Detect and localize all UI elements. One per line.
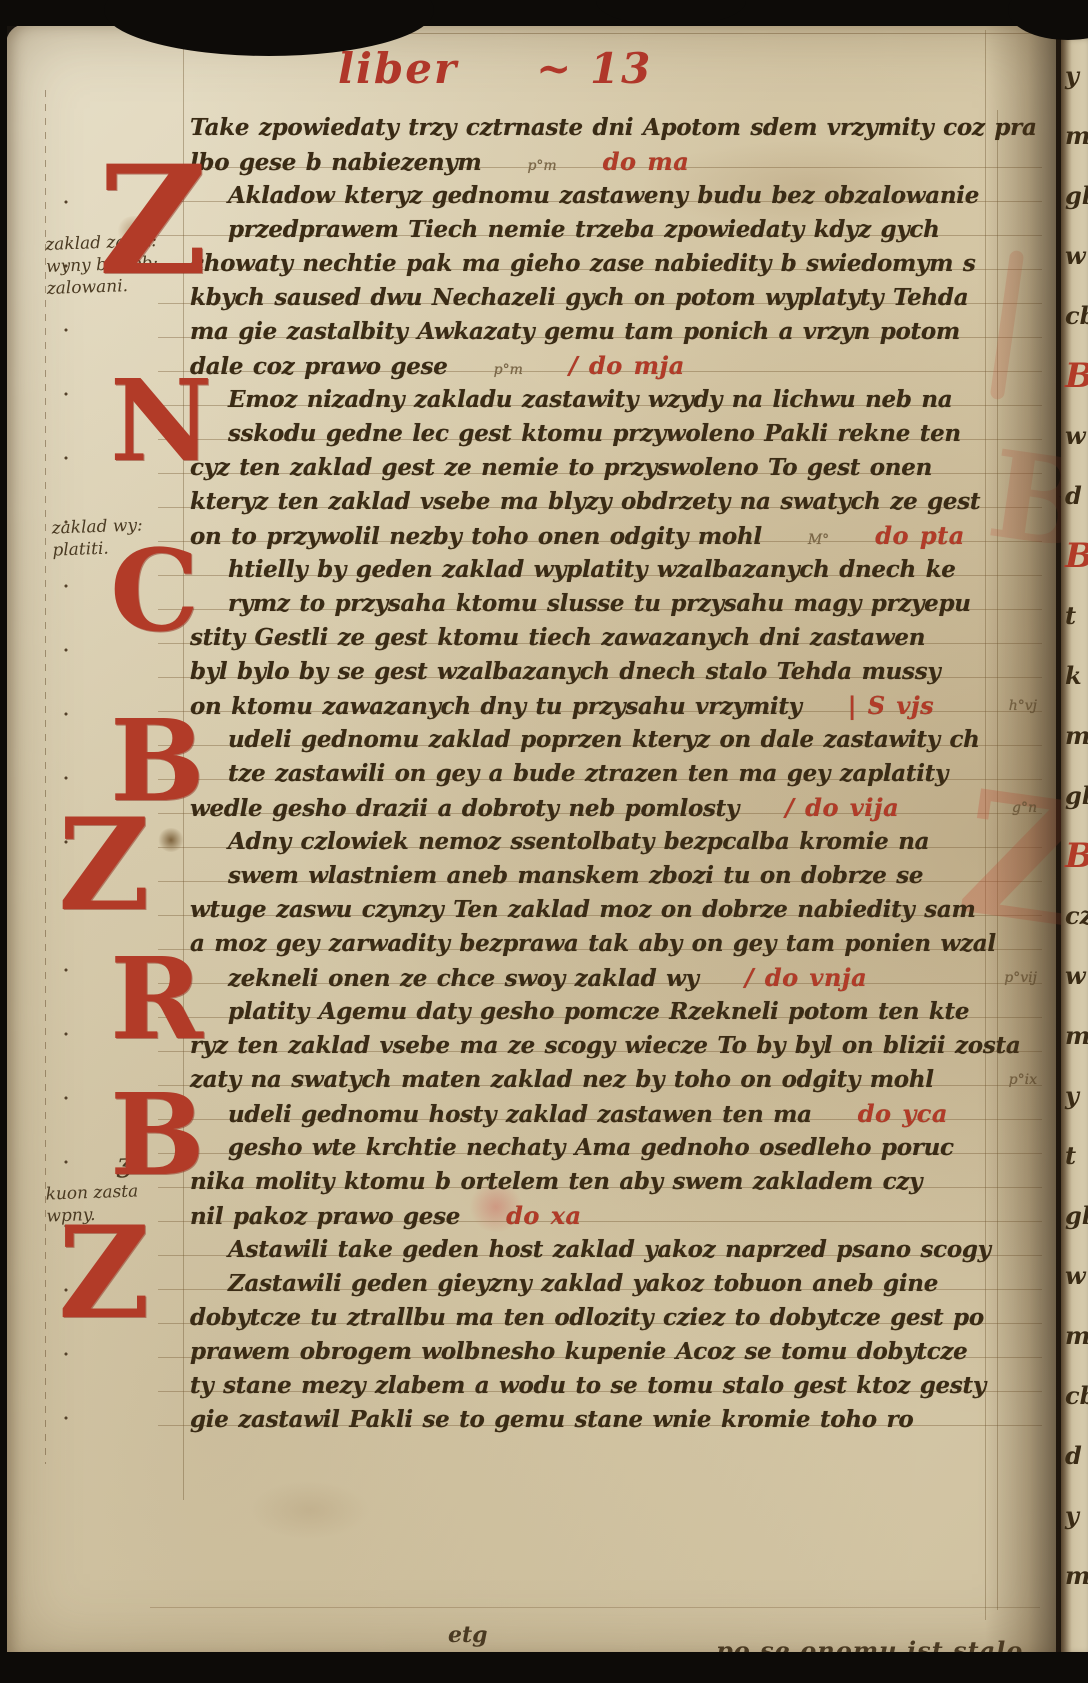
- text-segment: htielly by geden zaklad wyplatity wzalba…: [228, 556, 956, 583]
- margin-gloss: p°m: [494, 362, 523, 378]
- text-line: lbo gese b nabiezenymp°mdo ma: [190, 146, 985, 180]
- edge-text-fragment: w: [1065, 406, 1088, 466]
- rubric-reference: do yca: [858, 1099, 948, 1128]
- text-line: wtuge zaswu czynzy Ten zaklad moz on dob…: [190, 894, 985, 928]
- text-segment: sskodu gedne lec gest ktomu przywoleno P…: [228, 420, 961, 447]
- text-line: swem wlastniem aneb manskem zbozi tu on …: [190, 860, 985, 894]
- facing-page-sliver: ymglwcbBwdBtkmglBczwmytglwmcbdym: [1061, 36, 1088, 1656]
- text-segment: ty stane mezy zlabem a wodu to se tomu s…: [190, 1372, 986, 1399]
- text-segment: lbo gese b nabiezenym: [190, 149, 481, 176]
- edge-text-fragment: B: [1065, 526, 1088, 586]
- paragraph: ZAdny czlowiek nemoz ssentolbaty bezpcal…: [190, 826, 985, 962]
- text-segment: a moz gey zarwadity bezprawa tak aby on …: [190, 930, 996, 957]
- edge-text-fragment: t: [1065, 586, 1088, 646]
- edge-text-fragment: w: [1065, 226, 1088, 286]
- text-line: ma gie zastalbity Awkazaty gemu tam poni…: [190, 316, 985, 350]
- edge-text-fragment: cb: [1065, 1366, 1088, 1426]
- text-line: dale coz prawo gesep°m/ do mja: [190, 350, 985, 384]
- text-segment: wedle gesho drazii a dobroty neb pomlost…: [190, 795, 739, 822]
- edge-text-fragment: gl: [1065, 1186, 1088, 1246]
- facing-page-fragments: ymglwcbBwdBtkmglBczwmytglwmcbdym: [1065, 46, 1088, 1606]
- text-segment: nika molity ktomu b ortelem ten aby swem…: [190, 1168, 922, 1195]
- text-line: a moz gey zarwadity bezprawa tak aby on …: [190, 928, 985, 962]
- margin-gloss: p°m: [527, 158, 556, 174]
- text-line: tze zastawili on gey a bude ztrazen ten …: [190, 758, 985, 792]
- text-segment: prawem obrogem wolbnesho kupenie Acoz se…: [190, 1338, 968, 1365]
- text-line: Take zpowiedaty trzy cztrnaste dni Apoto…: [190, 112, 985, 146]
- edge-text-fragment: w: [1065, 1246, 1088, 1306]
- margin-ruling-left-outer: [45, 90, 46, 1464]
- text-segment: cyz ten zaklad gest ze nemie to przyswol…: [190, 454, 932, 481]
- text-segment: kbych saused dwu Nechazeli gych on potom…: [190, 284, 968, 311]
- edge-text-fragment: k: [1065, 646, 1088, 706]
- gutter-shadow: [985, 24, 1063, 1658]
- text-line: Astawili take geden host zaklad yakoz na…: [190, 1234, 985, 1268]
- manuscript-photo: Z B liber~ 13 zaklad zasta: wyny bez ob:…: [0, 0, 1088, 1683]
- text-segment: ma gie zastalbity Awkazaty gemu tam poni…: [190, 318, 960, 345]
- text-segment: przedprawem Tiech nemie trzeba zpowiedat…: [228, 216, 940, 243]
- text-line: nil pakoz prawo gesedo xa: [190, 1200, 985, 1234]
- edge-text-fragment: y: [1065, 46, 1088, 106]
- parchment-blotch: [250, 1480, 370, 1540]
- text-segment: wtuge zaswu czynzy Ten zaklad moz on dob…: [190, 896, 975, 923]
- running-header: liber~ 13: [338, 44, 652, 93]
- text-line: byl bylo by se gest wzalbazanych dnech s…: [190, 656, 985, 690]
- text-line: udeli gednomu hosty zaklad zastawen ten …: [190, 1098, 985, 1132]
- text-segment: nil pakoz prawo gese: [190, 1203, 460, 1230]
- edge-text-fragment: gl: [1065, 766, 1088, 826]
- text-line: kteryz ten zaklad vsebe ma blyzy obdrzet…: [190, 486, 985, 520]
- text-segment: Emoz nizadny zakladu zastawity wzydy na …: [228, 386, 952, 413]
- rubric-reference: do ma: [603, 147, 690, 176]
- paragraph: NEmoz nizadny zakladu zastawity wzydy na…: [190, 384, 985, 554]
- edge-text-fragment: d: [1065, 1426, 1088, 1486]
- rubric-reference: / do mja: [569, 351, 685, 380]
- text-segment: dobytcze tu ztrallbu ma ten odlozity czi…: [190, 1304, 984, 1331]
- paragraph: ZAkladow kteryz gednomu zastaweny budu b…: [190, 180, 985, 384]
- text-segment: ryz ten zaklad vsebe ma ze scogy wiecze …: [190, 1032, 1020, 1059]
- text-segment: kteryz ten zaklad vsebe ma blyzy obdrzet…: [190, 488, 980, 515]
- edge-text-fragment: y: [1065, 1486, 1088, 1546]
- rubric-reference: do pta: [875, 521, 965, 550]
- text-line: dobytcze tu ztrallbu ma ten odlozity czi…: [190, 1302, 985, 1336]
- text-line: sskodu gedne lec gest ktomu przywoleno P…: [190, 418, 985, 452]
- rubric-reference: do xa: [506, 1201, 582, 1230]
- text-segment: platity Agemu daty gesho pomcze Rzekneli…: [228, 998, 969, 1025]
- text-line: zaty na swatych maten zaklad nez by toho…: [190, 1064, 985, 1098]
- text-segment: rymz to przysaha ktomu slusse tu przysah…: [228, 590, 971, 617]
- edge-text-fragment: m: [1065, 1006, 1088, 1066]
- text-segment: Take zpowiedaty trzy cztrnaste dni Apoto…: [190, 114, 1037, 141]
- edge-text-fragment: cz: [1065, 886, 1088, 946]
- text-segment: chowaty nechtie pak ma gieho zase nabied…: [190, 250, 976, 277]
- text-segment: tze zastawili on gey a bude ztrazen ten …: [228, 760, 948, 787]
- text-line: prawem obrogem wolbnesho kupenie Acoz se…: [190, 1336, 985, 1370]
- text-line: Emoz nizadny zakladu zastawity wzydy na …: [190, 384, 985, 418]
- text-line: rymz to przysaha ktomu slusse tu przysah…: [190, 588, 985, 622]
- illuminated-initial: Z: [58, 812, 150, 919]
- text-line: stity Gestli ze gest ktomu tiech zawazan…: [190, 622, 985, 656]
- text-segment: Zastawili geden gieyzny zaklad yakoz tob…: [228, 1270, 938, 1297]
- text-line: on ktomu zawazanych dny tu przysahu vrzy…: [190, 690, 985, 724]
- edge-text-fragment: B: [1065, 826, 1088, 886]
- illuminated-initial: Z: [58, 1220, 150, 1327]
- text-segment: Astawili take geden host zaklad yakoz na…: [228, 1236, 991, 1263]
- text-segment: byl bylo by se gest wzalbazanych dnech s…: [190, 658, 940, 685]
- text-line: platity Agemu daty gesho pomcze Rzekneli…: [190, 996, 985, 1030]
- rubric-reference: | S vjs: [848, 691, 934, 720]
- text-line: kbych saused dwu Nechazeli gych on potom…: [190, 282, 985, 316]
- paragraph: ZAstawili take geden host zaklad yakoz n…: [190, 1234, 985, 1438]
- edge-text-fragment: m: [1065, 106, 1088, 166]
- photo-border-left: [0, 0, 7, 1683]
- edge-text-fragment: B: [1065, 346, 1088, 406]
- edge-text-fragment: m: [1065, 706, 1088, 766]
- text-segment: Adny czlowiek nemoz ssentolbaty bezpcalb…: [228, 828, 929, 855]
- text-line: on to przywolil nezby toho onen odgity m…: [190, 520, 985, 554]
- paragraph: Chtielly by geden zaklad wyplatity wzalb…: [190, 554, 985, 724]
- text-segment: gie zastawil Pakli se to gemu stane wnie…: [190, 1406, 913, 1433]
- photo-border-bottom: [0, 1652, 1088, 1683]
- edge-text-fragment: cb: [1065, 286, 1088, 346]
- paragraph: Rzekneli onen ze chce swoy zaklad wy/ do…: [190, 962, 985, 1098]
- edge-text-fragment: d: [1065, 466, 1088, 526]
- text-segment: on to przywolil nezby toho onen odgity m…: [190, 523, 762, 550]
- text-line: udeli gednomu zaklad poprzen kteryz on d…: [190, 724, 985, 758]
- edge-text-fragment: m: [1065, 1306, 1088, 1366]
- text-line: chowaty nechtie pak ma gieho zase nabied…: [190, 248, 985, 282]
- text-segment: udeli gednomu zaklad poprzen kteryz on d…: [228, 726, 980, 753]
- ruling-line-bottom: [150, 1607, 1040, 1608]
- text-segment: swem wlastniem aneb manskem zbozi tu on …: [228, 862, 923, 889]
- edge-text-fragment: y: [1065, 1066, 1088, 1126]
- paragraph: Take zpowiedaty trzy cztrnaste dni Apoto…: [190, 112, 985, 180]
- rubric-reference: / do vija: [785, 793, 899, 822]
- paragraph: Budeli gednomu zaklad poprzen kteryz on …: [190, 724, 985, 826]
- catchword-left: etg: [448, 1622, 488, 1648]
- text-line: przedprawem Tiech nemie trzeba zpowiedat…: [190, 214, 985, 248]
- text-line: cyz ten zaklad gest ze nemie to przyswol…: [190, 452, 985, 486]
- text-segment: zekneli onen ze chce swoy zaklad wy: [228, 965, 699, 992]
- text-segment: gesho wte krchtie nechaty Ama gednoho os…: [228, 1134, 954, 1161]
- text-line: nika molity ktomu b ortelem ten aby swem…: [190, 1166, 985, 1200]
- text-segment: stity Gestli ze gest ktomu tiech zawazan…: [190, 624, 925, 651]
- illuminated-initial: C: [110, 544, 199, 639]
- rubric-reference: / do vnja: [745, 963, 867, 992]
- illuminated-initial: N: [110, 374, 212, 469]
- margin-gloss: M°: [808, 532, 829, 548]
- text-line: Akladow kteryz gednomu zastaweny budu be…: [190, 180, 985, 214]
- edge-text-fragment: m: [1065, 1546, 1088, 1606]
- text-line: wedle gesho drazii a dobroty neb pomlost…: [190, 792, 985, 826]
- edge-text-fragment: gl: [1065, 166, 1088, 226]
- running-header-number: ~ 13: [536, 44, 652, 93]
- text-segment: Akladow kteryz gednomu zastaweny budu be…: [228, 182, 979, 209]
- text-line: ryz ten zaklad vsebe ma ze scogy wiecze …: [190, 1030, 985, 1064]
- illuminated-initial: B: [110, 1088, 204, 1183]
- text-segment: zaty na swatych maten zaklad nez by toho…: [190, 1066, 934, 1093]
- text-segment: dale coz prawo gese: [190, 353, 448, 380]
- edge-text-fragment: t: [1065, 1126, 1088, 1186]
- running-header-title: liber: [338, 44, 458, 93]
- text-line: gie zastawil Pakli se to gemu stane wnie…: [190, 1404, 985, 1438]
- text-line: ty stane mezy zlabem a wodu to se tomu s…: [190, 1370, 985, 1404]
- text-line: zekneli onen ze chce swoy zaklad wy/ do …: [190, 962, 985, 996]
- illuminated-initial: Z: [98, 158, 207, 286]
- text-line: gesho wte krchtie nechaty Ama gednoho os…: [190, 1132, 985, 1166]
- text-segment: udeli gednomu hosty zaklad zastawen ten …: [228, 1101, 812, 1128]
- text-line: Adny czlowiek nemoz ssentolbaty bezpcalb…: [190, 826, 985, 860]
- text-segment: on ktomu zawazanych dny tu przysahu vrzy…: [190, 693, 802, 720]
- text-block: Take zpowiedaty trzy cztrnaste dni Apoto…: [190, 112, 985, 1438]
- illuminated-initial: R: [110, 952, 203, 1047]
- text-line: htielly by geden zaklad wyplatity wzalba…: [190, 554, 985, 588]
- edge-text-fragment: w: [1065, 946, 1088, 1006]
- paragraph: Budeli gednomu hosty zaklad zastawen ten…: [190, 1098, 985, 1234]
- text-line: Zastawili geden gieyzny zaklad yakoz tob…: [190, 1268, 985, 1302]
